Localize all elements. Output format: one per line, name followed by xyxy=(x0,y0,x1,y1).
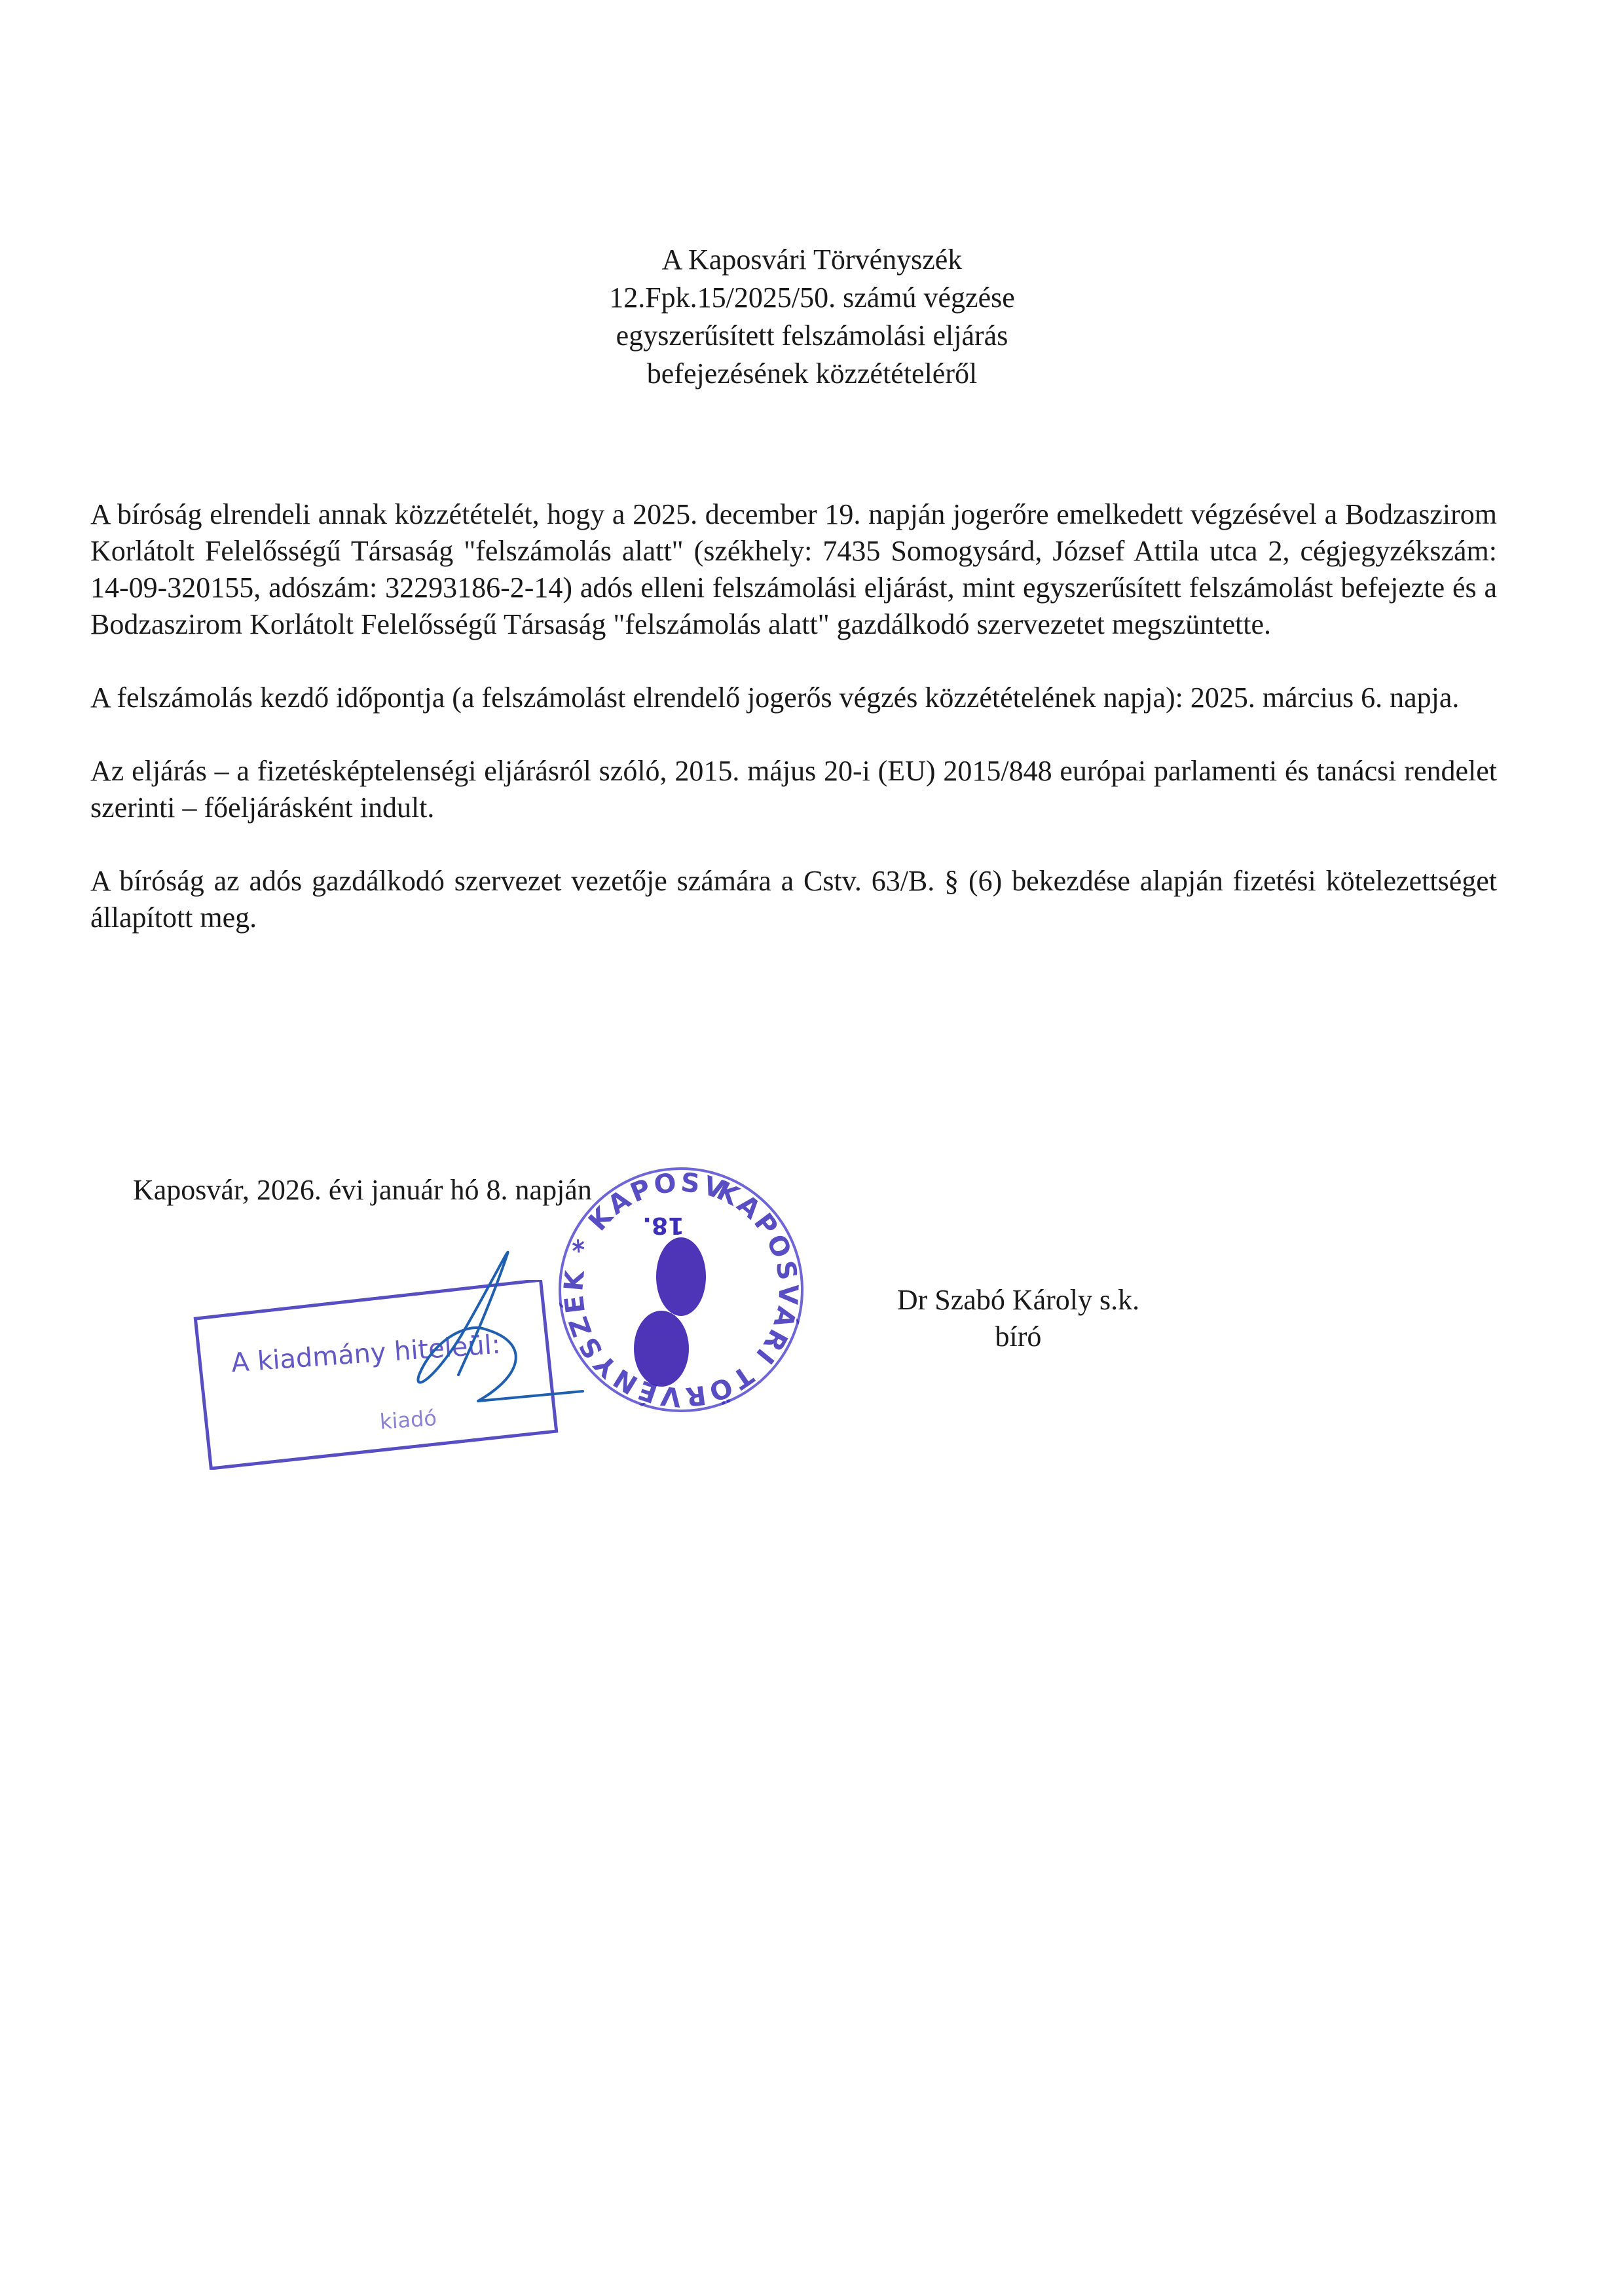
place-and-date: Kaposvár, 2026. évi január hó 8. napján xyxy=(133,1172,592,1209)
document-body: A bíróság elrendeli annak közzétételét, … xyxy=(90,496,1497,973)
court-seal: KAPOSVÁRI TÖRVÉNYSZÉK * KAPOSVÁR 18. xyxy=(550,1159,812,1421)
court-name: A Kaposvári Törvényszék xyxy=(0,241,1624,279)
signer-title: bíró xyxy=(864,1319,1172,1355)
signer-block: Dr Szabó Károly s.k. bíró xyxy=(864,1282,1172,1355)
paragraph-obligation: A bíróság az adós gazdálkodó szervezet v… xyxy=(90,863,1497,936)
paragraph-eu-regulation: Az eljárás – a fizetésképtelenségi eljár… xyxy=(90,753,1497,826)
title-line-2: befejezésének közzétételéről xyxy=(0,355,1624,393)
paragraph-start-date: A felszámolás kezdő időpontja (a felszám… xyxy=(90,680,1497,716)
handwritten-signature xyxy=(393,1244,589,1414)
title-line-1: egyszerűsített felszámolási eljárás xyxy=(0,317,1624,355)
document-page: A Kaposvári Törvényszék 12.Fpk.15/2025/5… xyxy=(0,0,1624,2296)
seal-center-number: 18. xyxy=(642,1212,684,1239)
document-header: A Kaposvári Törvényszék 12.Fpk.15/2025/5… xyxy=(0,241,1624,393)
signer-name: Dr Szabó Károly s.k. xyxy=(864,1282,1172,1319)
case-number: 12.Fpk.15/2025/50. számú végzése xyxy=(0,279,1624,317)
paragraph-ruling: A bíróság elrendeli annak közzétételét, … xyxy=(90,496,1497,643)
